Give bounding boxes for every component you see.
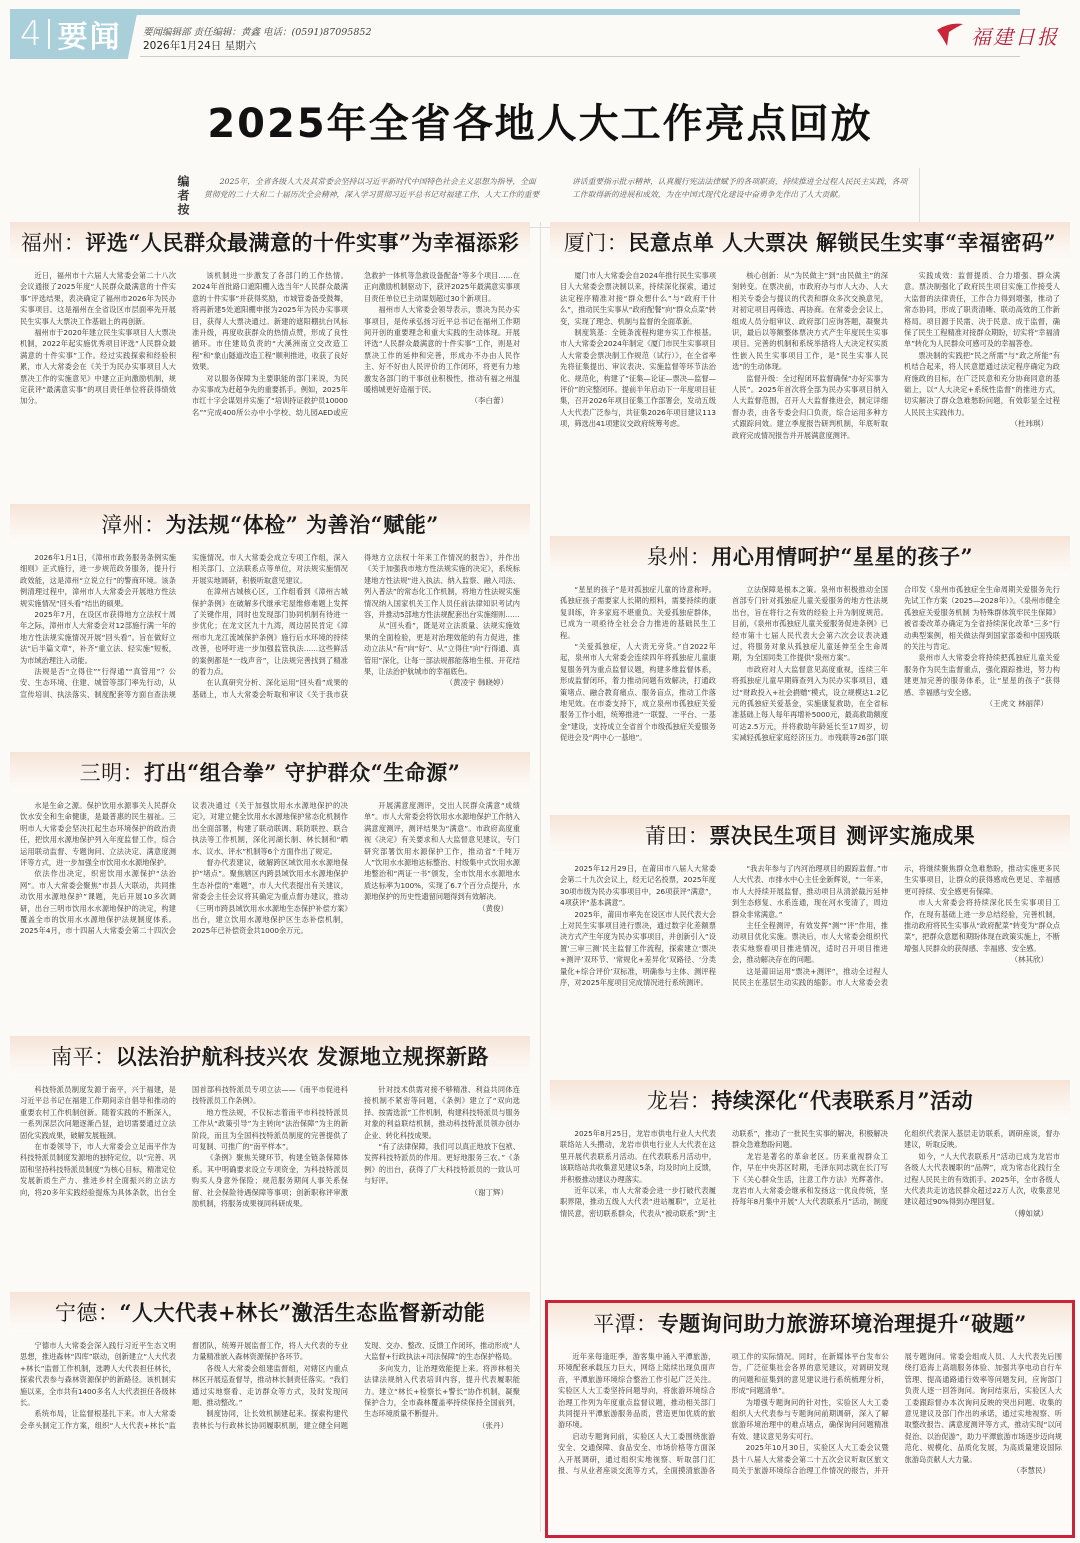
byline: （黄凌宇 韩晓婷） [364,677,520,688]
paragraph: 针对技术供需对接不够精准、利益共同体连接机制不紧密等问题，《条例》建立了“双向选… [364,1084,520,1141]
paragraph: 《条例》聚焦关键环节，构建全链条保障体系。其中明确要求设立专项资金，为科技特派员… [192,1152,348,1209]
paragraph: 开展满意度测评，交出人民群众满意“成绩单”。市人大常委会将饮用水水源地保护工作纳… [364,800,520,903]
byline: （黄俊） [364,903,520,914]
article-headbar: 龙岩：持续深化“代表联系月”活动 [550,1080,1070,1120]
paragraph: 福州市于2020年建立民生实事项目人大票决机制，2022年起实施优秀项目评选“人… [20,327,176,407]
byline: （李慧民） [905,1465,1062,1476]
article-headline[interactable]: 莆田：票决民生项目 测评实施成果 [645,820,975,850]
article-body: 水是生命之源。保护饮用水源事关人民群众饮水安全和生命健康，是最普惠的民生福祉。三… [10,792,530,937]
byline: （谢丁辉） [364,1187,520,1198]
newspaper-logo: 福建日报 [935,20,1059,50]
article-xiamen: 厦门：民意点单 人大票决 解锁民生实事“幸福密码” 厦门市人大常委会自2024年… [550,222,1070,520]
article-headline[interactable]: 厦门：民意点单 人大票决 解锁民生实事“幸福密码” [564,227,1056,257]
paragraph: 督办代表建议，破解跨区域饮用水水源地保护“堵点”。聚焦辖区内跨县域饮用水水源地保… [192,857,348,937]
paragraph: 如今，“人大代表联系月”活动已成为龙岩市各级人大代表履职的“品牌”，成为常态化践… [904,1151,1060,1208]
paragraph: 2025年12月29日，在莆田市八届人大常委会第二十九次会议上，经无记名投票，2… [560,863,716,909]
article-headbar: 南平：以法治护航科技兴农 发源地立规探新路 [10,1036,530,1076]
article-body: 2025年12月29日，在莆田市八届人大常委会第二十九次会议上，经无记名投票，2… [550,855,1070,988]
article-headbar: 福州：评选“人民群众最满意的十件实事”为幸福添彩 [10,222,530,262]
article-fuzhou: 福州：评选“人民群众最满意的十件实事”为幸福添彩 近日，福州市十六届人大常委会第… [10,222,530,490]
editors-note-label: 编者按 [170,175,192,223]
article-body: 近年来每逢旺季，游客集中涌入平潭旅游，环境配套承载压力巨大，网络上陆续出现负面声… [548,1343,1072,1476]
article-body: 近日，福州市十六届人大常委会第二十八次会议通报了2025年度“人民群众最满意的十… [10,262,530,418]
article-headline[interactable]: 福州：评选“人民群众最满意的十件实事”为幸福添彩 [21,227,519,257]
paragraph: 水是生命之源。保护饮用水源事关人民群众饮水安全和生命健康，是最普惠的民生福祉。三… [20,800,176,868]
paragraph: 泉州市人大常委会将持续把孤独症儿童关爱服务作为民生监督重点，强化跟踪推进，努力构… [904,652,1060,698]
paragraph: “我去年参与了内河治理项目的跟踪监督。”市人大代表、市排水中心主任金新辉说，“一… [732,863,888,920]
issue-date: 2026年1月24日 星期六 [143,38,256,53]
article-headline[interactable]: 泉州：用心用情呵护“星星的孩子” [647,541,973,571]
section-name: 要闻 [58,12,122,56]
article-body: “星星的孩子”是对孤独症儿童的诗意称呼。孤独症孩子需要家人长期的照料，需要持续的… [550,576,1070,744]
article-pingtan-highlighted: 平潭：专题询问助力旅游环境治理提升“破题” 近年来每逢旺季，游客集中涌入平潭旅游… [545,1300,1075,1538]
page-masthead: 4 要闻 要闻编辑部 责任编辑：黄鑫 电话：(0591)87095852 202… [0,0,1080,60]
paragraph: “关爱孤独症，人大责无旁贷。”自2022年起，泉州市人大常委会连续四年将孤独症儿… [560,641,716,744]
byline: （林其欣） [904,954,1060,965]
paragraph: 主任全程测评，有效发挥“测”“评”作用，推动项目优化实施。票决后，市人大常委会组… [732,920,888,966]
paragraph: 2025年8月25日，龙岩市供电行业人大代表联络站人头攒动，龙岩市供电行业人大代… [560,1128,716,1185]
page-title: 2025年全省各地人大工作亮点回放 [0,92,1080,149]
paragraph: 票决制的实践把“民之所需”与“政之所能”有机结合起来，将人民意愿通过法定程序确定… [904,350,1060,418]
paragraph: 为增强专题询问的针对性，实验区人大工委组织人大代表参与专题询问前期调研，深入了解… [731,1397,888,1443]
column-divider [540,222,541,1532]
article-body: 宁德市人大常委会深入践行习近平生态文明思想，推进森林“四库”联动，创新建立“人大… [10,1332,530,1431]
paragraph: 2025年7月，在设区市获得地方立法权十周年之际，漳州市人大常委会对12部施行满… [20,609,176,666]
page-number: 4 [20,17,42,51]
paragraph: 该机制进一步激发了各部门的工作热情。2024年首批路口遮阳棚入选当年“人民群众最… [192,270,348,373]
masthead-band [130,9,1020,15]
article-longyan: 龙岩：持续深化“代表联系月”活动 2025年8月25日，龙岩市供电行业人大代表联… [550,1080,1070,1292]
flag-logo-icon [935,20,965,50]
byline: （李白蕾） [364,395,520,406]
paragraph: 市人大常委会将持续深化民生实事项目工作，在现有基础上进一步总结经验，完善机制，推… [904,897,1060,954]
article-headbar: 厦门：民意点单 人大票决 解锁民生实事“幸福密码” [550,222,1070,262]
article-body: 2026年1月1日，《漳州市政务服务条例实施细则》正式施行，进一步规范政务服务，… [10,544,530,700]
byline: （杜玮琪） [904,418,1060,429]
paragraph: 科技特派员制度发源于南平，兴于福建，是习近平总书记在福建工作期间亲自倡导和推动的… [20,1084,176,1141]
article-zhangzhou: 漳州：为法规“体检” 为善治“赋能” 2026年1月1日，《漳州市政务服务条例实… [10,504,530,732]
editors-line: 要闻编辑部 责任编辑：黄鑫 电话：(0591)87095852 [143,24,371,38]
paragraph: 多向发力，让治理效能提上来。将涉林相关法律法规纳入代表培训内容，提升代表履职能力… [364,1363,520,1420]
article-headbar: 漳州：为法规“体检” 为善治“赋能” [10,504,530,544]
article-body: 厦门市人大常委会自2024年推行民生实事项目人大常委会票决制以来，持续深化探索，… [550,262,1070,441]
article-headbar: 平潭：专题询问助力旅游环境治理提升“破题” [548,1303,1072,1343]
article-headline[interactable]: 宁德：“人大代表+林长”激活生态监督新动能 [55,1297,485,1327]
paragraph: 监督升级：全过程闭环监督确保“办好实事为人民”。2025年首次将全部为民办实事项… [732,373,888,441]
masthead-rule [140,56,1020,57]
article-body: 2025年8月25日，龙岩市供电行业人大代表联络站人头攒动，龙岩市供电行业人大代… [550,1120,1070,1219]
article-headbar: 三明：打出“组合拳” 守护群众“生命源” [10,752,530,792]
article-headline[interactable]: 漳州：为法规“体检” 为善治“赋能” [101,509,439,539]
article-headbar: 泉州：用心用情呵护“星星的孩子” [550,536,1070,576]
article-headline[interactable]: 三明：打出“组合拳” 守护群众“生命源” [80,757,461,787]
paragraph: “星星的孩子”是对孤独症儿童的诗意称呼。孤独症孩子需要家人长期的照料，需要持续的… [560,584,716,641]
paragraph: 2025年，莆田市率先在设区市人民代表大会上对民生实事项目进行票决，通过数字化差… [560,909,716,989]
paragraph: 立法保障是根本之策。泉州市积极推动全国首部专门针对孤独症儿童关爱服务的地方性法规… [732,584,888,664]
newspaper-name: 福建日报 [971,21,1059,50]
article-body: 科技特派员制度发源于南平，兴于福建，是习近平总书记在福建工作期间亲自倡导和推动的… [10,1076,530,1209]
paragraph: 地方性法规，不仅标志着南平市科技特派员工作从“政策引导”为主转向“法治保障”为主… [192,1107,348,1153]
article-sanming: 三明：打出“组合拳” 守护群众“生命源” 水是生命之源。保护饮用水源事关人民群众… [10,752,530,1012]
paragraph: 核心创新：从“为民做主”到“由民做主”的深刻转变。在票决前，市政府办与市人大办、… [732,270,888,373]
article-ningde: 宁德：“人大代表+林长”激活生态监督新动能 宁德市人大常委会深入践行习近平生态文… [10,1292,530,1540]
paragraph: 各级人大常委会组建监督组，对辖区内重点林区开展巡查督导，推动林长制责任落实。“我… [192,1363,348,1409]
paragraph: 近年来每逢旺季，游客集中涌入平潭旅游，环境配套承载压力巨大，网络上陆续出现负面声… [558,1351,715,1431]
article-headline[interactable]: 南平：以法治护航科技兴农 发源地立规探新路 [51,1041,489,1071]
paragraph: 实践成效：监督提质、合力增强、群众满意。票决制强化了政府民生项目实施工作接受人大… [904,270,1060,350]
paragraph: 福州市人大常委会领导表示，票决为民办实事项目，是传承弘扬习近平总书记在福州工作期… [364,304,520,395]
article-putian: 莆田：票决民生项目 测评实施成果 2025年12月29日，在莆田市八届人大常委会… [550,815,1070,1077]
byline: （傅如斌） [904,1208,1060,1219]
byline: （张丹） [364,1420,520,1431]
paragraph: 在漳州古城核心区，工作组看到《漳州古城保护条例》在破解多代继承宅屋维修难题上发挥… [192,586,348,677]
editors-note-text: 2025年，全省各级人大及其常委会坚持以习近平新时代中国特色社会主义思想为指导，… [204,175,910,223]
editors-note: 编者按 2025年，全省各级人大及其常委会坚持以习近平新时代中国特色社会主义思想… [170,175,910,223]
tab-separator [48,19,50,49]
paragraph: 从“回头看”，既是对立法质量、法规实施效果的全面检验，更是对治理效能的有力促进，… [364,620,520,677]
article-nanping: 南平：以法治护航科技兴农 发源地立规探新路 科技特派员制度发源于南平，兴于福建，… [10,1036,530,1282]
paragraph: 近日，福州市十六届人大常委会第二十八次会议通报了2025年度“人民群众最满意的十… [20,270,176,327]
article-headline[interactable]: 平潭：专题询问助力旅游环境治理提升“破题” [593,1308,1027,1338]
article-headbar: 宁德：“人大代表+林长”激活生态监督新动能 [10,1292,530,1332]
paragraph: 厦门市人大常委会自2024年推行民生实事项目人大常委会票决制以来，持续深化探索，… [560,270,716,327]
byline: （王虎文 林丽萍） [904,698,1060,709]
paragraph: 宁德市人大常委会深入践行习近平生态文明思想，推进森林“四库”联动，创新建立“人大… [20,1340,176,1408]
section-tab: 4 要闻 [10,9,138,59]
paragraph: 2026年1月1日，《漳州市政务服务条例实施细则》正式施行，进一步规范政务服务，… [20,552,176,609]
article-headbar: 莆田：票决民生项目 测评实施成果 [550,815,1070,855]
paragraph: “有了法律保障，我们可以真正地放下包袱、发挥科技特派员的作用。更好地服务三农。”… [364,1141,520,1187]
paragraph: 制度筑基：全链条流程构建夯实工作根基。市人大常委会2024年制定《厦门市民生实事… [560,327,716,430]
article-headline[interactable]: 龙岩：持续深化“代表联系月”活动 [647,1085,973,1115]
article-quanzhou: 泉州：用心用情呵护“星星的孩子” “星星的孩子”是对孤独症儿童的诗意称呼。孤独症… [550,536,1070,808]
